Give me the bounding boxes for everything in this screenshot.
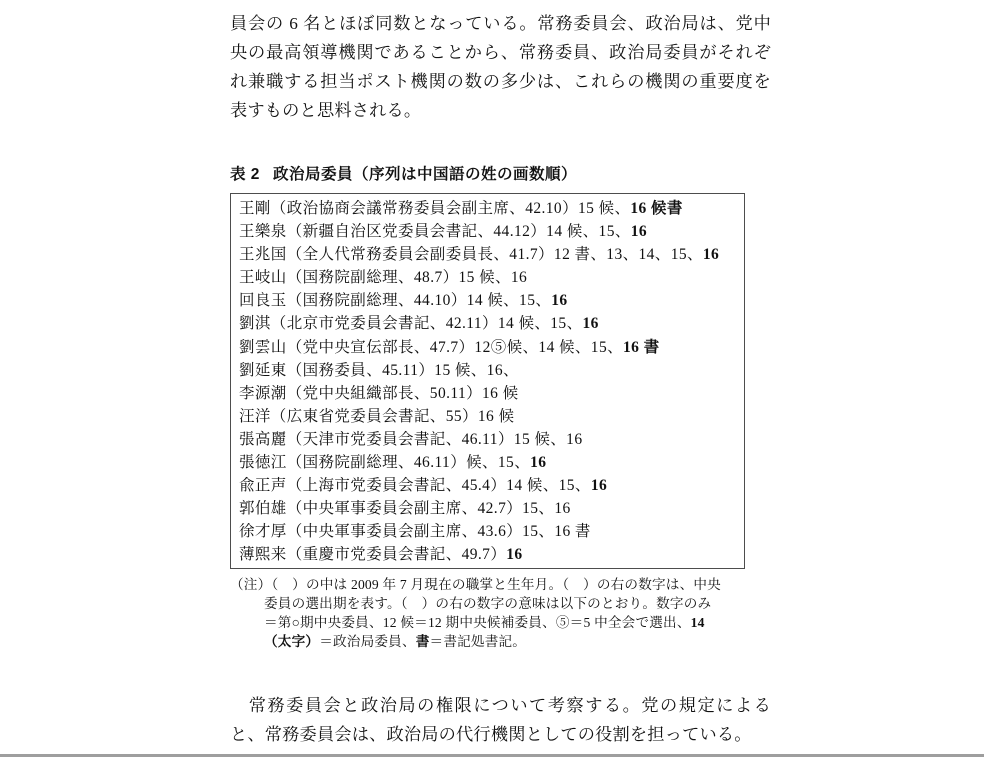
table-row: 兪正声（上海市党委員会書記、45.4）14 候、15、16 <box>239 474 740 497</box>
paragraph-top: 員会の 6 名とほぼ同数となっている。常務委員会、政治局は、党中央の最高領導機関… <box>230 9 771 125</box>
note-line: （太字）＝政治局委員、書＝書記処書記。 <box>230 632 771 651</box>
text-segment: 表すものと思料される。 <box>230 101 421 120</box>
table-row: 汪洋（広東省党委員会書記、55）16 候 <box>239 405 740 428</box>
bold-segment: 書 <box>416 634 430 649</box>
table-caption-label: 表 2 <box>230 166 260 183</box>
paragraph-bottom: 常務委員会と政治局の権限について考察する。党の規定によると、常務委員会は、政治局… <box>230 691 771 749</box>
text-segment: 劉延東（国務委員、45.11）15 候、16、 <box>239 362 519 379</box>
text-segment: 汪洋（広東省党委員会書記、55）16 候 <box>239 408 514 425</box>
bold-segment: 16 <box>530 454 546 471</box>
text-segment: 張高麗（天津市党委員会書記、46.11）15 候、16 <box>239 431 582 448</box>
text-segment: ＝政治局委員、 <box>319 634 416 649</box>
bold-segment: 16 <box>591 477 607 494</box>
table-row: 徐才厚（中央軍事委員会副主席、43.6）15、16 書 <box>239 520 740 543</box>
table-row: 薄熙来（重慶市党委員会書記、49.7）16 <box>239 543 740 566</box>
text-segment: 委員の選出期を表す。（ ）の右の数字の意味は以下のとおり。数字のみ <box>264 596 711 611</box>
bold-segment: 16 候書 <box>630 200 682 217</box>
bold-segment: 16 <box>551 292 567 309</box>
text-segment: 王岐山（国務院副総理、48.7）15 候、16 <box>239 269 527 286</box>
text-segment: 回良玉（国務院副総理、44.10）14 候、15、 <box>239 292 551 309</box>
text-segment: と、常務委員会は、政治局の代行機関としての役割を担っている。 <box>230 725 752 744</box>
bold-segment: 14 <box>691 615 705 630</box>
paragraph-line: 央の最高領導機関であることから、常務委員、政治局委員がそれぞ <box>230 38 771 67</box>
table-row: 王樂泉（新疆自治区党委員会書記、44.12）14 候、15、16 <box>239 220 740 243</box>
text-segment: 張徳江（国務院副総理、46.11）候、15、 <box>239 454 530 471</box>
table-row: 王剛（政治協商会議常務委員会副主席、42.10）15 候、16 候書 <box>239 197 740 220</box>
politburo-member-table: 王剛（政治協商会議常務委員会副主席、42.10）15 候、16 候書王樂泉（新疆… <box>230 193 745 569</box>
table-row: 回良玉（国務院副総理、44.10）14 候、15、16 <box>239 289 740 312</box>
bold-segment: 16 <box>631 223 647 240</box>
text-segment: 員会の 6 名とほぼ同数となっている。常務委員会、政治局は、党中 <box>230 14 771 33</box>
table-row: 李源潮（党中央組織部長、50.11）16 候 <box>239 382 740 405</box>
text-segment: 徐才厚（中央軍事委員会副主席、43.6）15、16 書 <box>239 523 591 540</box>
table-note: （注）（ ）の中は 2009 年 7 月現在の職掌と生年月。（ ）の右の数字は、… <box>230 575 771 651</box>
paragraph-line: 員会の 6 名とほぼ同数となっている。常務委員会、政治局は、党中 <box>230 9 771 38</box>
text-segment: 王兆国（全人代常務委員会副委員長、41.7）12 書、13、14、15、 <box>239 246 703 263</box>
table-row: 張高麗（天津市党委員会書記、46.11）15 候、16 <box>239 428 740 451</box>
text-segment: 劉雲山（党中央宣伝部長、47.7）12⑤候、14 候、15、 <box>239 339 623 356</box>
text-segment: 李源潮（党中央組織部長、50.11）16 候 <box>239 385 518 402</box>
table-row: 王兆国（全人代常務委員会副委員長、41.7）12 書、13、14、15、16 <box>239 243 740 266</box>
bold-segment: 16 書 <box>623 339 659 356</box>
page-bottom-divider <box>0 754 984 757</box>
text-segment: れ兼職する担当ポスト機関の数の多少は、これらの機関の重要度を <box>230 72 771 91</box>
paragraph-line: れ兼職する担当ポスト機関の数の多少は、これらの機関の重要度を <box>230 67 771 96</box>
text-segment: ＝第○期中央委員、12 候＝12 期中央候補委員、⑤＝5 中全会で選出、 <box>264 615 691 630</box>
bold-segment: 16 <box>703 246 719 263</box>
table-caption-title: 政治局委員（序列は中国語の姓の画数順） <box>273 166 577 183</box>
text-segment: 央の最高領導機関であることから、常務委員、政治局委員がそれぞ <box>230 43 771 62</box>
table-row: 張徳江（国務院副総理、46.11）候、15、16 <box>239 451 740 474</box>
paragraph-line: 表すものと思料される。 <box>230 96 771 125</box>
table-row: 劉淇（北京市党委員会書記、42.11）14 候、15、16 <box>239 312 740 335</box>
text-segment: 王剛（政治協商会議常務委員会副主席、42.10）15 候、 <box>239 200 630 217</box>
text-segment: 王樂泉（新疆自治区党委員会書記、44.12）14 候、15、 <box>239 223 631 240</box>
note-line: （注）（ ）の中は 2009 年 7 月現在の職掌と生年月。（ ）の右の数字は、… <box>230 575 771 594</box>
table-row: 郭伯雄（中央軍事委員会副主席、42.7）15、16 <box>239 497 740 520</box>
text-segment: 常務委員会と政治局の権限について考察する。党の規定による <box>230 696 771 715</box>
text-segment: 薄熙来（重慶市党委員会書記、49.7） <box>239 546 506 563</box>
text-segment: 兪正声（上海市党委員会書記、45.4）14 候、15、 <box>239 477 591 494</box>
text-segment: ＝書記処書記。 <box>430 634 527 649</box>
bold-segment: 16 <box>506 546 522 563</box>
paragraph-line: 常務委員会と政治局の権限について考察する。党の規定による <box>230 691 771 720</box>
note-line: ＝第○期中央委員、12 候＝12 期中央候補委員、⑤＝5 中全会で選出、14 <box>230 613 771 632</box>
text-segment: 郭伯雄（中央軍事委員会副主席、42.7）15、16 <box>239 500 571 517</box>
document-page: 員会の 6 名とほぼ同数となっている。常務委員会、政治局は、党中央の最高領導機関… <box>230 9 771 749</box>
note-line: 委員の選出期を表す。（ ）の右の数字の意味は以下のとおり。数字のみ <box>230 594 771 613</box>
table-row: 王岐山（国務院副総理、48.7）15 候、16 <box>239 266 740 289</box>
bold-segment: （太字） <box>264 634 319 649</box>
table-row: 劉延東（国務委員、45.11）15 候、16、 <box>239 359 740 382</box>
paragraph-line: と、常務委員会は、政治局の代行機関としての役割を担っている。 <box>230 720 771 749</box>
bold-segment: 16 <box>582 315 598 332</box>
table-row: 劉雲山（党中央宣伝部長、47.7）12⑤候、14 候、15、16 書 <box>239 336 740 359</box>
text-segment: （注）（ ）の中は 2009 年 7 月現在の職掌と生年月。（ ）の右の数字は、… <box>230 577 721 592</box>
text-segment: 劉淇（北京市党委員会書記、42.11）14 候、15、 <box>239 315 582 332</box>
table-caption: 表 2政治局委員（序列は中国語の姓の画数順） <box>230 164 771 186</box>
